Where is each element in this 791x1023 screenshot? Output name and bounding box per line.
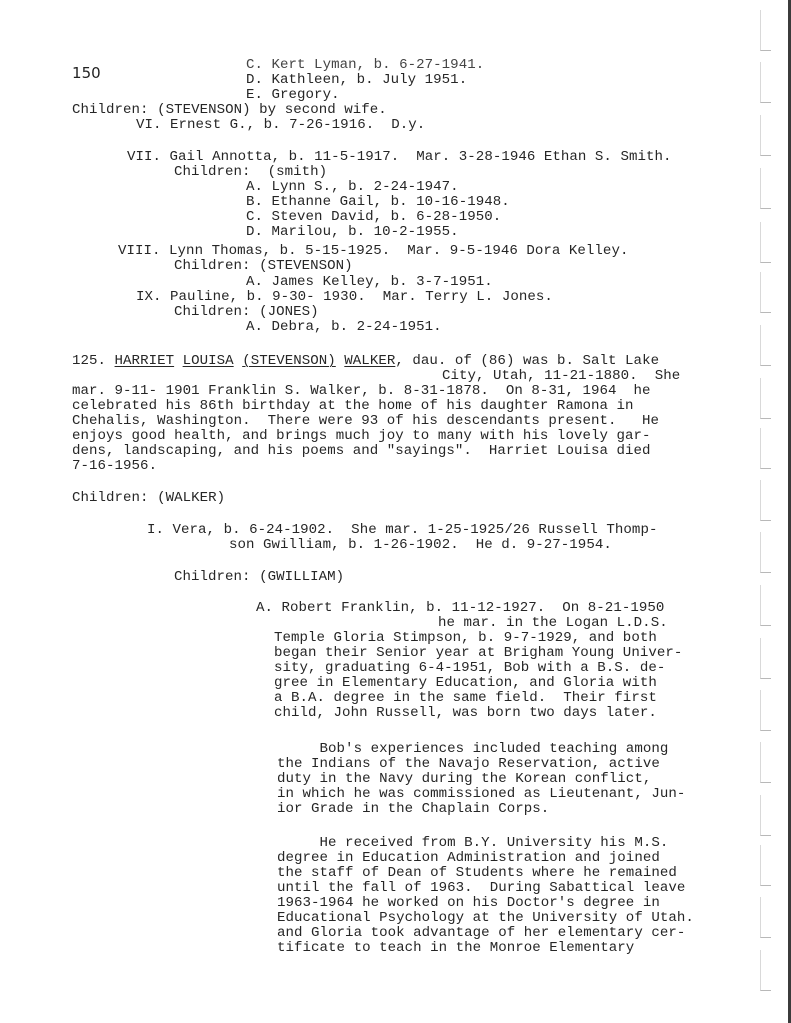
grandchild-entry: A. Robert Franklin, b. 11-12-1927. On 8-… [256,601,664,616]
entry-125-text: dens, landscaping, and his poems and "sa… [72,444,651,459]
paragraph-line: he mar. in the Logan L.D.S. [438,616,668,631]
margin-tab-mark [760,950,771,991]
entry-125-text: mar. 9-11- 1901 Franklin S. Walker, b. 8… [72,384,651,399]
child-entry: D. Kathleen, b. July 1951. [246,73,467,88]
margin-tab-mark [760,428,771,469]
children-heading: Children: (STEVENSON) by second wife. [72,103,387,118]
child-entry: VI. Ernest G., b. 7-26-1916. D.y. [136,118,425,133]
children-heading: Children: (smith) [174,165,327,180]
entry-125-heading: 125. HARRIET LOUISA (STEVENSON) WALKER, … [72,354,659,369]
paragraph-line: gree in Elementary Education, and Gloria… [274,676,657,691]
margin-tab-mark [760,532,771,573]
paragraph-line: and Gloria took advantage of her element… [277,926,685,941]
margin-tab-mark [760,325,771,366]
paragraph-line: duty in the Navy during the Korean confl… [277,772,651,787]
page-number: 150 [72,66,101,81]
paragraph-line: a B.A. degree in the same field. Their f… [274,691,657,706]
margin-tab-mark [760,690,771,731]
paragraph-line: degree in Education Administration and j… [277,851,660,866]
name-first: HARRIET [115,353,175,369]
paragraph-line: Temple Gloria Stimpson, b. 9-7-1929, and… [274,631,657,646]
paragraph-line: the staff of Dean of Students where he r… [277,866,677,881]
paragraph-line: Educational Psychology at the University… [277,911,694,926]
child-entry: C. Kert Lyman, b. 6-27-1941. [246,58,484,73]
children-heading: Children: (JONES) [174,305,319,320]
entry-125-line1-rest: , dau. of (86) was b. Salt Lake [395,353,659,369]
grandchild-entry: C. Steven David, b. 6-28-1950. [246,210,501,225]
grandchild-entry: A. Debra, b. 2-24-1951. [246,320,442,335]
paragraph-line: ior Grade in the Chaplain Corps. [277,802,549,817]
grandchild-entry: A. Lynn S., b. 2-24-1947. [246,180,459,195]
margin-tab-mark [760,10,771,51]
child-entry: IX. Pauline, b. 9-30- 1930. Mar. Terry L… [136,290,553,305]
entry-125-text: City, Utah, 11-21-1880. She [442,369,680,384]
margin-tab-mark [760,480,771,521]
name-maiden: (STEVENSON) [242,353,336,369]
paragraph-line: sity, graduating 6-4-1951, Bob with a B.… [274,661,665,676]
margin-tab-mark [760,585,771,626]
margin-tab-mark [760,795,771,836]
paragraph-line: in which he was commissioned as Lieutena… [277,787,685,802]
margin-tab-mark [760,742,771,783]
margin-tab-mark [760,897,771,938]
entry-number: 125. [72,353,106,369]
child-entry: E. Gregory. [246,88,340,103]
margin-tab-mark [760,845,771,886]
margin-tab-mark [760,272,771,313]
paragraph-line: until the fall of 1963. During Sabattica… [277,881,685,896]
children-heading: Children: (STEVENSON) [174,259,353,274]
children-heading: Children: (GWILLIAM) [174,570,344,585]
margin-tab-mark [760,222,771,263]
margin-tab-mark [760,378,771,419]
entry-125-text: enjoys good health, and brings much joy … [72,429,651,444]
margin-tab-mark [760,62,771,103]
paragraph-line: He received from B.Y. University his M.S… [277,836,668,851]
children-heading: Children: (WALKER) [72,491,225,506]
margin-tab-mark [760,168,771,209]
paragraph-line: tificate to teach in the Monroe Elementa… [277,941,634,956]
entry-125-text: celebrated his 86th birthday at the home… [72,399,634,414]
grandchild-entry: B. Ethanne Gail, b. 10-16-1948. [246,195,510,210]
paragraph-line: child, John Russell, was born two days l… [274,706,657,721]
grandchild-entry: D. Marilou, b. 10-2-1955. [246,225,459,240]
paragraph-line: Bob's experiences included teaching amon… [277,742,668,757]
child-entry: son Gwilliam, b. 1-26-1902. He d. 9-27-1… [229,538,612,553]
child-entry: I. Vera, b. 6-24-1902. She mar. 1-25-192… [147,523,657,538]
margin-tab-mark [760,638,771,679]
name-last: WALKER [344,353,395,369]
grandchild-entry: A. James Kelley, b. 3-7-1951. [246,275,493,290]
paragraph-line: the Indians of the Navajo Reservation, a… [277,757,660,772]
entry-125-text: 7-16-1956. [72,459,157,474]
margin-tab-mark [760,115,771,156]
paragraph-line: began their Senior year at Brigham Young… [274,646,682,661]
entry-125-text: Chehalis, Washington. There were 93 of h… [72,414,659,429]
paragraph-line: 1963-1964 he worked on his Doctor's degr… [277,896,660,911]
child-entry: VIII. Lynn Thomas, b. 5-15-1925. Mar. 9-… [118,244,628,259]
child-entry: VII. Gail Annotta, b. 11-5-1917. Mar. 3-… [127,150,672,165]
document-page: 150 C. Kert Lyman, b. 6-27-1941. D. Kath… [0,0,791,1023]
name-middle: LOUISA [183,353,234,369]
